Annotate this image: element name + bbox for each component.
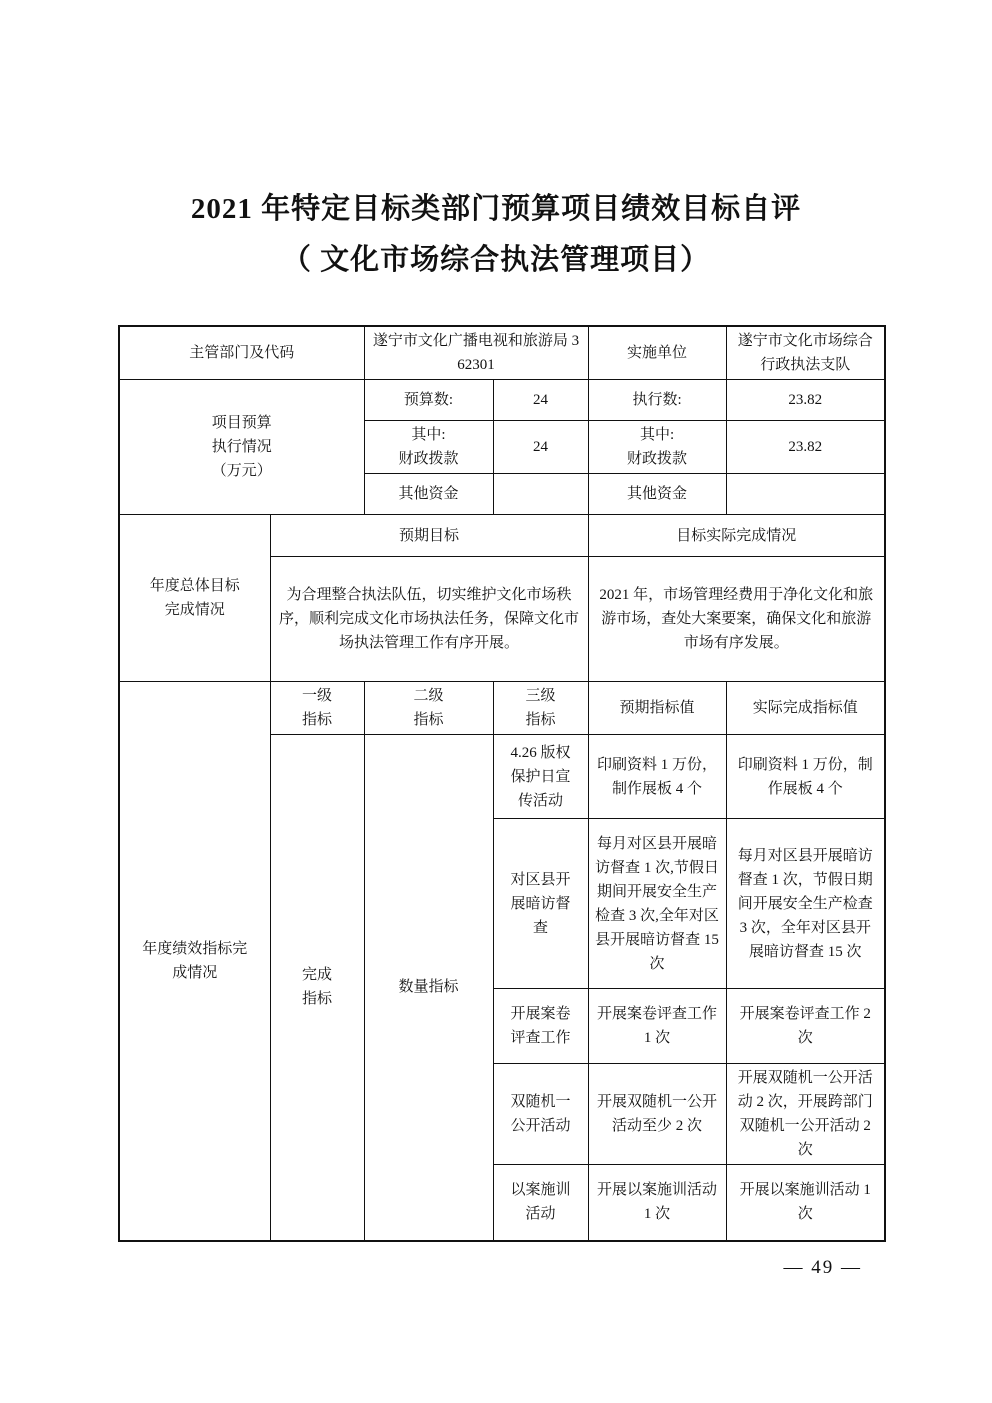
indicator-expected-cell: 每月对区县开展暗访督查 1 次,节假日期间开展安全生产检查 3 次,全年对区县开… <box>588 819 726 989</box>
dept-code-value-cell: 遂宁市文化广播电视和旅游局 362301 <box>364 326 588 380</box>
level3-header-cell: 三级 指标 <box>493 682 588 735</box>
title-line-1: 2021 年特定目标类部门预算项目绩效目标自评 <box>0 184 992 235</box>
indicator-expected-cell: 印刷资料 1 万份，制作展板 4 个 <box>588 735 726 819</box>
indicator-section-label-cell: 年度绩效指标完 成情况 <box>119 682 270 1241</box>
indicator-level3-cell: 以案施训 活动 <box>493 1165 588 1241</box>
exec-fiscal-label-cell: 其中: 财政拨款 <box>588 421 726 474</box>
expected-value-header-cell: 预期指标值 <box>588 682 726 735</box>
impl-unit-value-cell: 遂宁市文化市场综合行政执法支队 <box>726 326 885 380</box>
table-row: 项目预算 执行情况 （万元） 预算数: 24 执行数: 23.82 <box>119 380 885 421</box>
exec-amount-label-cell: 执行数: <box>588 380 726 421</box>
exec-amount-value-cell: 23.82 <box>726 380 885 421</box>
indicator-actual-cell: 开展双随机一公开活动 2 次，开展跨部门双随机一公开活动 2 次 <box>726 1064 885 1165</box>
level1-value-cell: 完成 指标 <box>270 735 364 1241</box>
level2-value-cell: 数量指标 <box>364 735 493 1241</box>
document-page: 2021 年特定目标类部门预算项目绩效目标自评 （ 文化市场综合执法管理项目） … <box>0 0 992 1403</box>
indicator-expected-cell: 开展案卷评查工作 1 次 <box>588 989 726 1064</box>
indicator-expected-cell: 开展以案施训活动 1 次 <box>588 1165 726 1241</box>
budget-fiscal-value-cell: 24 <box>493 421 588 474</box>
level2-header-cell: 二级 指标 <box>364 682 493 735</box>
table-row: 年度总体目标 完成情况 预期目标 目标实际完成情况 <box>119 515 885 557</box>
title-line-2: （ 文化市场综合执法管理项目） <box>0 235 992 286</box>
exec-other-funds-label-cell: 其他资金 <box>588 474 726 515</box>
actual-value-header-cell: 实际完成指标值 <box>726 682 885 735</box>
indicator-level3-cell: 双随机一 公开活动 <box>493 1064 588 1165</box>
dept-code-label-cell: 主管部门及代码 <box>119 326 364 380</box>
impl-unit-label-cell: 实施单位 <box>588 326 726 380</box>
indicator-actual-cell: 每月对区县开展暗访督查 1 次，节假日期间开展安全生产检查 3 次，全年对区县开… <box>726 819 885 989</box>
budget-fiscal-label-cell: 其中: 财政拨款 <box>364 421 493 474</box>
indicator-expected-cell: 开展双随机一公开活动至少 2 次 <box>588 1064 726 1165</box>
exec-fiscal-value-cell: 23.82 <box>726 421 885 474</box>
performance-self-evaluation-table: 主管部门及代码 遂宁市文化广播电视和旅游局 362301 实施单位 遂宁市文化市… <box>118 325 886 1242</box>
exec-other-funds-value-cell <box>726 474 885 515</box>
expected-goal-text-cell: 为合理整合执法队伍，切实维护文化市场秩序，顺利完成文化市场执法任务，保障文化市场… <box>270 557 588 682</box>
actual-goal-header-cell: 目标实际完成情况 <box>588 515 885 557</box>
table-row: 年度绩效指标完 成情况 一级 指标 二级 指标 三级 指标 预期指标值 实际完成… <box>119 682 885 735</box>
actual-goal-text-cell: 2021 年，市场管理经费用于净化文化和旅游市场，查处大案要案，确保文化和旅游市… <box>588 557 885 682</box>
budget-other-funds-label-cell: 其他资金 <box>364 474 493 515</box>
budget-other-funds-value-cell <box>493 474 588 515</box>
budget-amount-label-cell: 预算数: <box>364 380 493 421</box>
indicator-level3-cell: 开展案卷 评查工作 <box>493 989 588 1064</box>
annual-goal-label-cell: 年度总体目标 完成情况 <box>119 515 270 682</box>
page-number: — 49 — <box>784 1257 863 1279</box>
expected-goal-header-cell: 预期目标 <box>270 515 588 557</box>
indicator-level3-cell: 对区县开 展暗访督 查 <box>493 819 588 989</box>
budget-section-label-cell: 项目预算 执行情况 （万元） <box>119 380 364 515</box>
budget-amount-value-cell: 24 <box>493 380 588 421</box>
table-row: 主管部门及代码 遂宁市文化广播电视和旅游局 362301 实施单位 遂宁市文化市… <box>119 326 885 380</box>
indicator-actual-cell: 开展案卷评查工作 2 次 <box>726 989 885 1064</box>
indicator-level3-cell: 4.26 版权 保护日宣 传活动 <box>493 735 588 819</box>
indicator-actual-cell: 印刷资料 1 万份，制作展板 4 个 <box>726 735 885 819</box>
level1-header-cell: 一级 指标 <box>270 682 364 735</box>
indicator-actual-cell: 开展以案施训活动 1 次 <box>726 1165 885 1241</box>
document-title: 2021 年特定目标类部门预算项目绩效目标自评 （ 文化市场综合执法管理项目） <box>0 184 992 286</box>
